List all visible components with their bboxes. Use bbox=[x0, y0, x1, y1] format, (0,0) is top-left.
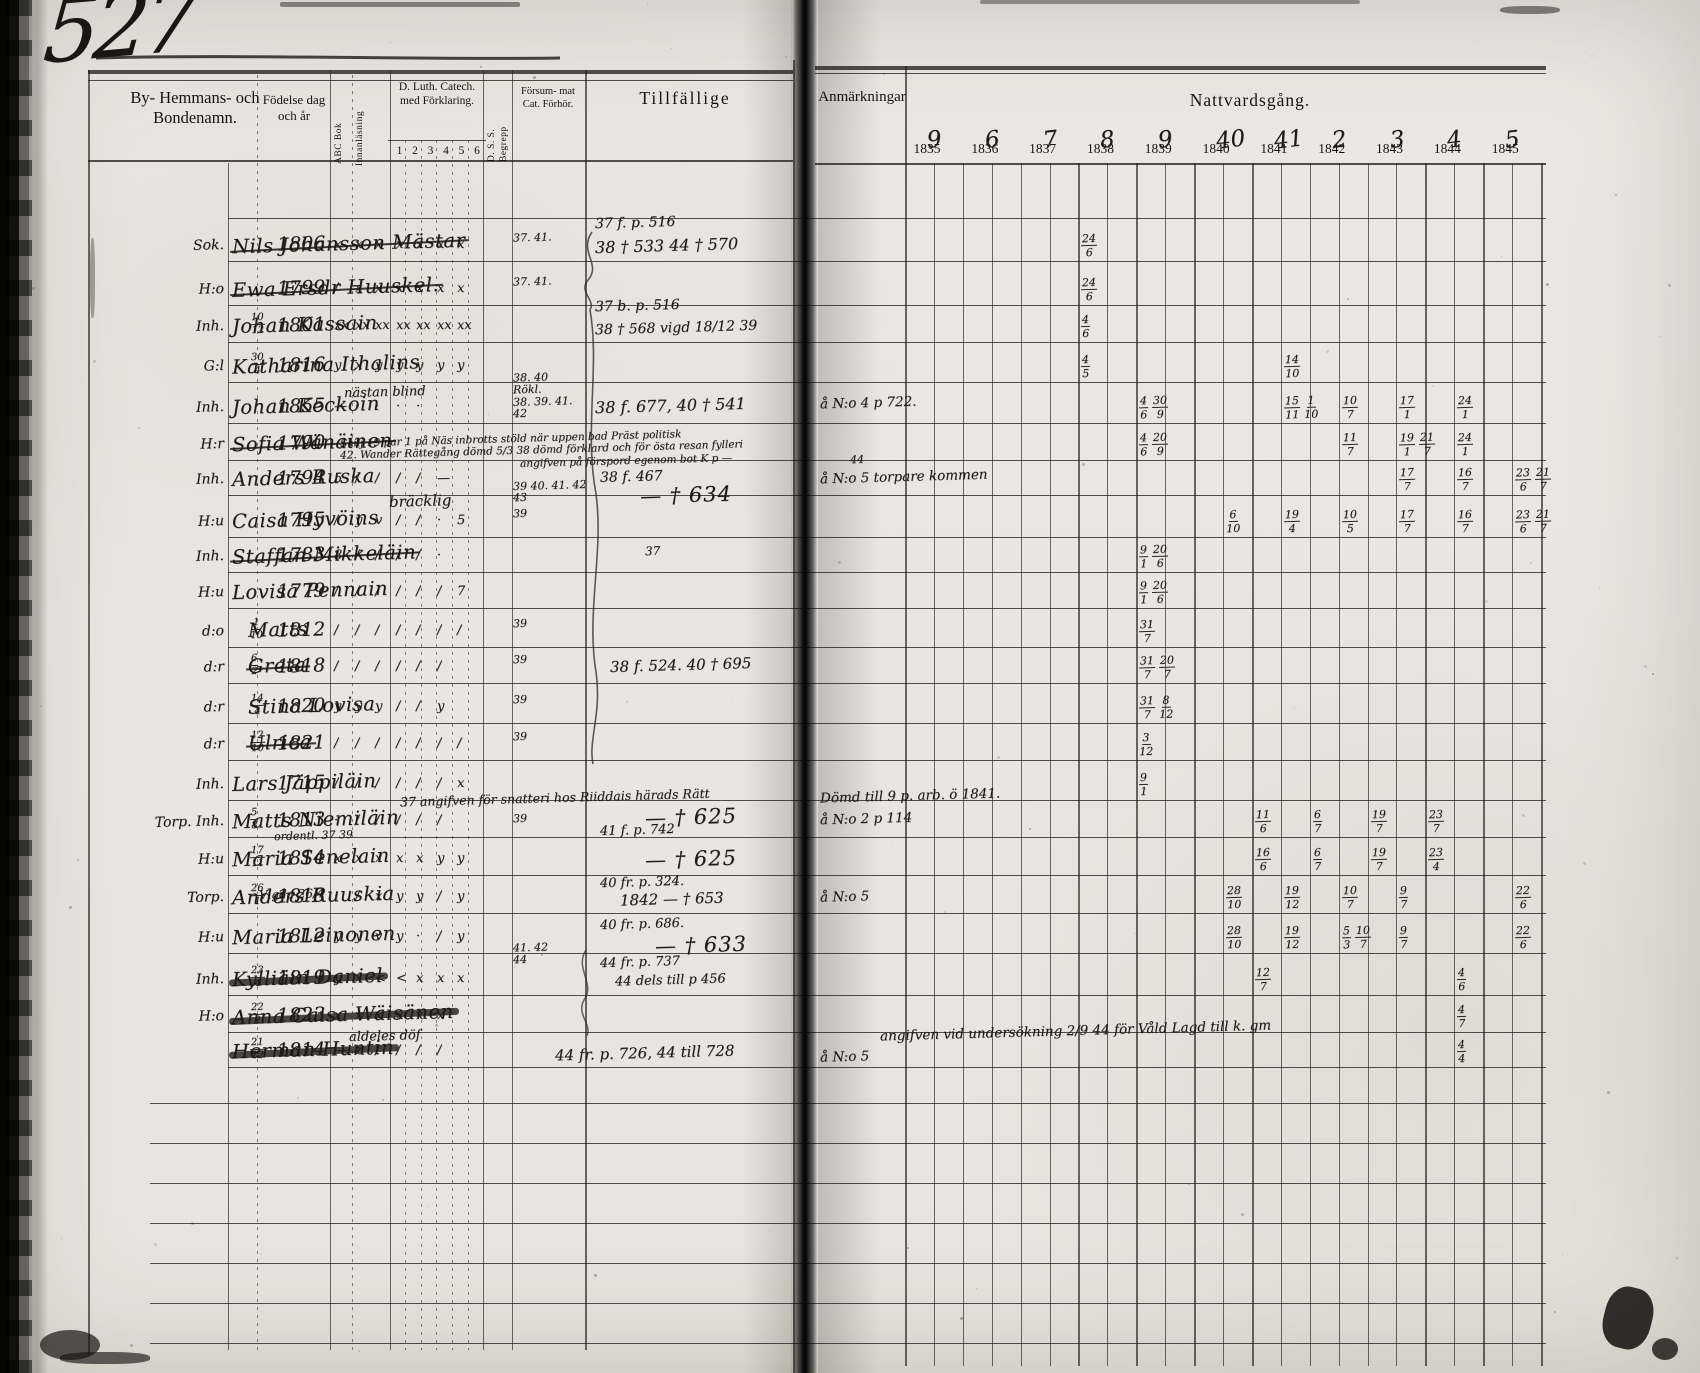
communion-entry: 177 bbox=[1399, 505, 1416, 534]
catechism-mark: · bbox=[334, 814, 339, 828]
row-birth-year: 1814 bbox=[277, 848, 326, 869]
row-prefix: H:u bbox=[150, 852, 224, 869]
catechism-mark: / bbox=[436, 660, 441, 674]
catechism-mark: / bbox=[354, 737, 359, 751]
noise-speck bbox=[1522, 814, 1525, 817]
occasional-note: 38 † 533 44 † 570 bbox=[595, 236, 739, 257]
catechism-mark: 8 bbox=[334, 549, 343, 563]
catechism-mark: / bbox=[416, 814, 421, 828]
catechism-mark: y bbox=[457, 930, 465, 944]
noise-speck bbox=[1485, 600, 1488, 603]
catechism-mark: / bbox=[334, 282, 339, 296]
communion-entry: 241 bbox=[1457, 391, 1474, 420]
scanned-parish-register-page: 527 By- Hemmans- och Bondenamn. Födelse … bbox=[0, 0, 1700, 1373]
noise-speck bbox=[1241, 1213, 1244, 1216]
communion-grid-line bbox=[1223, 163, 1224, 1366]
row-prefix: H:r bbox=[150, 437, 224, 454]
catechism-number: 6 bbox=[470, 144, 485, 158]
row-birth-year: 1806 bbox=[277, 234, 326, 255]
catechism-mark: / bbox=[375, 660, 380, 674]
catechism-mark: / bbox=[436, 777, 441, 791]
communion-entry: 197 bbox=[1370, 805, 1387, 834]
noise-speck bbox=[997, 756, 1000, 759]
noise-speck bbox=[154, 1243, 157, 1246]
year-label-handwritten: 9 bbox=[926, 127, 943, 153]
communion-entry: 117 bbox=[1341, 428, 1358, 457]
catechism-mark: / bbox=[354, 472, 359, 486]
occasional-note: 37 f. p. 516 bbox=[595, 215, 676, 232]
noise-speck bbox=[1538, 595, 1539, 596]
catechism-mark: x bbox=[354, 238, 362, 252]
catechism-mark: x bbox=[436, 1009, 444, 1023]
communion-grid-line bbox=[1483, 163, 1485, 1366]
header-dss-begrepp-column: Begrepp bbox=[499, 78, 509, 162]
communion-grid-line bbox=[1368, 163, 1370, 1366]
catechism-mark: / bbox=[436, 585, 441, 599]
noise-speck bbox=[77, 859, 79, 861]
communion-grid-line bbox=[1512, 163, 1513, 1366]
communion-entry: 241 bbox=[1457, 428, 1474, 457]
row-prefix: G:l bbox=[150, 359, 224, 376]
catechism-mark: y bbox=[436, 852, 444, 866]
communion-entry: 171 bbox=[1399, 391, 1416, 420]
catechism-mark: y bbox=[354, 930, 362, 944]
missed-exam-entry: 39 bbox=[513, 813, 527, 825]
communion-grid-line bbox=[1165, 163, 1166, 1366]
catechism-mark: / bbox=[395, 585, 400, 599]
catechism-mark: y bbox=[395, 930, 403, 944]
noise-speck bbox=[1591, 55, 1593, 57]
communion-grid-line bbox=[1107, 163, 1108, 1366]
catechism-mark: y bbox=[457, 890, 465, 904]
communion-grid-line bbox=[1454, 163, 1455, 1366]
row-birth-year: 1779 bbox=[277, 581, 326, 602]
catechism-mark: · bbox=[395, 400, 400, 414]
catechism-mark: x bbox=[354, 1009, 362, 1023]
ruled-line bbox=[228, 913, 1546, 914]
communion-entry: 91206 bbox=[1139, 540, 1169, 570]
catechism-mark: 7 bbox=[457, 585, 466, 599]
row-prefix: Inh. bbox=[150, 549, 224, 566]
column-line-dotted bbox=[452, 140, 453, 1350]
noise-speck bbox=[1029, 828, 1031, 830]
year-label-handwritten: 41 bbox=[1273, 126, 1305, 154]
noise-speck bbox=[93, 360, 96, 363]
remark-note: å N:o 5 bbox=[820, 889, 870, 905]
catechism-mark: x bbox=[375, 852, 383, 866]
communion-grid-line bbox=[1310, 163, 1312, 1366]
occasional-note: — † 625 bbox=[645, 805, 738, 830]
communion-grid-line bbox=[1194, 163, 1196, 1366]
communion-entry: 107 bbox=[1341, 881, 1358, 910]
ruled-line bbox=[228, 218, 1546, 219]
year-label-handwritten: 9 bbox=[1157, 127, 1174, 153]
column-line bbox=[512, 70, 513, 1350]
noise-speck bbox=[647, 4, 648, 5]
row-note-overlay: Vigda 26/4 bbox=[259, 887, 325, 901]
communion-entry: 44 bbox=[1457, 1035, 1467, 1064]
ruled-line bbox=[228, 305, 1546, 306]
remark-note: å N:o 5 bbox=[820, 1049, 870, 1065]
noise-speck bbox=[1501, 256, 1502, 257]
row-prefix: H:u bbox=[150, 585, 224, 602]
row-birth-year: 1795 bbox=[277, 510, 326, 531]
noise-speck bbox=[1530, 562, 1532, 564]
communion-entry: 67 bbox=[1312, 843, 1322, 872]
catechism-number: 3 bbox=[423, 144, 438, 158]
catechism-mark: y bbox=[334, 972, 342, 986]
row-prefix: Sok. bbox=[150, 238, 224, 255]
noise-speck bbox=[541, 954, 543, 956]
noise-speck bbox=[976, 1288, 977, 1289]
catechism-mark: z bbox=[354, 1044, 361, 1058]
occasional-note: 37 bbox=[645, 545, 661, 558]
scan-blot bbox=[280, 2, 520, 7]
page-number: 527 bbox=[40, 0, 199, 84]
communion-grid-line bbox=[1050, 163, 1051, 1366]
column-line bbox=[390, 70, 391, 1350]
ruled-line bbox=[150, 1303, 1546, 1304]
noise-speck bbox=[1432, 385, 1434, 387]
ruled-line bbox=[228, 423, 1546, 424]
catechism-mark: xx bbox=[395, 319, 410, 333]
header-birth-column: Födelse dag och år bbox=[259, 92, 329, 124]
communion-entry: 47 bbox=[1457, 1000, 1467, 1029]
communion-grid-line bbox=[1281, 163, 1282, 1366]
catechism-mark: x bbox=[354, 282, 362, 296]
ruled-line bbox=[815, 163, 1546, 165]
noise-speck bbox=[1668, 284, 1671, 287]
occasional-note: 37 b. p. 516 bbox=[595, 298, 680, 315]
row-prefix: Inh. bbox=[150, 972, 224, 989]
row-birth-year: 1812 bbox=[277, 926, 326, 947]
ruled-line bbox=[150, 1223, 1546, 1224]
communion-entry: 127 bbox=[1255, 963, 1272, 992]
communion-grid-line bbox=[1339, 163, 1340, 1366]
catechism-mark: / bbox=[354, 890, 359, 904]
noise-speck bbox=[594, 1274, 597, 1277]
ruled-line bbox=[228, 1067, 1546, 1068]
noise-speck bbox=[382, 1099, 384, 1101]
row-birth-date: 1210 bbox=[250, 725, 266, 754]
noise-speck bbox=[85, 467, 86, 468]
catechism-mark: xx bbox=[416, 319, 431, 333]
noise-speck bbox=[1477, 42, 1478, 43]
header-catechism-column: D. Luth. Catech. med Förklaring. bbox=[391, 80, 483, 108]
catechism-mark: y bbox=[457, 852, 465, 866]
communion-entry: 167 bbox=[1457, 505, 1474, 534]
year-label-handwritten: 3 bbox=[1388, 127, 1405, 153]
row-prefix: Inh. bbox=[150, 400, 224, 417]
catechism-mark: x bbox=[395, 1009, 403, 1023]
ruled-line bbox=[150, 1183, 1546, 1184]
catechism-mark: / bbox=[375, 814, 380, 828]
ruled-line bbox=[228, 608, 1546, 609]
catechism-mark: / bbox=[375, 549, 380, 563]
gutter-shadow-right bbox=[818, 0, 880, 1373]
catechism-mark: / bbox=[416, 777, 421, 791]
catechism-mark: y bbox=[416, 890, 424, 904]
catechism-mark: x bbox=[416, 238, 424, 252]
catechism-mark: · bbox=[334, 890, 339, 904]
catechism-mark: x bbox=[375, 890, 383, 904]
ruled-line bbox=[88, 70, 793, 74]
row-birth-date: 234 bbox=[250, 960, 266, 989]
row-birth-year: 1820 bbox=[277, 696, 326, 717]
ruled-line bbox=[228, 953, 1546, 954]
catechism-mark: / bbox=[395, 737, 400, 751]
missed-exam-entry: 42 bbox=[513, 408, 527, 420]
row-prefix: Inh. bbox=[150, 777, 224, 794]
communion-entry: 226 bbox=[1515, 881, 1532, 910]
communion-entry: 236217 bbox=[1515, 463, 1552, 493]
ruled-line bbox=[150, 1103, 1546, 1104]
noise-speck bbox=[1294, 708, 1295, 709]
noise-speck bbox=[358, 1350, 360, 1352]
header-occasional-column: Tillfällige bbox=[600, 88, 770, 109]
communion-entry: 53107 bbox=[1341, 921, 1371, 951]
communion-entry: 67 bbox=[1312, 805, 1322, 834]
communion-entry: 91 bbox=[1139, 768, 1149, 797]
noise-speck bbox=[785, 56, 787, 58]
column-line bbox=[585, 70, 587, 1350]
catechism-mark: — bbox=[436, 472, 449, 486]
remark-note: Dömd till 9 p. arb. ö 1841. bbox=[820, 786, 1001, 805]
catechism-mark: / bbox=[395, 700, 400, 714]
ruled-line bbox=[388, 140, 486, 141]
catechism-mark: · bbox=[416, 930, 421, 944]
row-prefix: Inh. bbox=[150, 472, 224, 489]
communion-entry: 317812 bbox=[1139, 691, 1174, 721]
catechism-mark: v bbox=[375, 930, 383, 944]
ruled-line bbox=[228, 995, 1546, 996]
catechism-mark: v bbox=[375, 514, 383, 528]
ruled-line bbox=[228, 647, 1546, 648]
catechism-mark: / bbox=[416, 472, 421, 486]
occasional-note: 1842 — † 653 bbox=[620, 891, 724, 910]
communion-entry: 116 bbox=[1255, 805, 1272, 834]
catechism-mark: / bbox=[395, 514, 400, 528]
row-prefix: Inh. bbox=[150, 319, 224, 336]
catechism-mark: / bbox=[436, 737, 441, 751]
missed-exam-entry: 39 bbox=[513, 694, 527, 706]
row-prefix: d:r bbox=[150, 737, 224, 754]
catechism-mark: xx bbox=[436, 319, 451, 333]
catechism-mark: / bbox=[375, 472, 380, 486]
row-birth-date: 1012 bbox=[250, 307, 266, 336]
communion-entry: 191217 bbox=[1399, 428, 1436, 458]
catechism-mark: x bbox=[354, 972, 362, 986]
catechism-mark: x bbox=[416, 282, 424, 296]
catechism-mark: x bbox=[395, 852, 403, 866]
noise-speck bbox=[1326, 350, 1329, 353]
communion-entry: 1912 bbox=[1283, 921, 1300, 950]
row-birth-year: 1783 bbox=[277, 545, 326, 566]
communion-entry: 46 bbox=[1081, 310, 1091, 339]
catechism-mark: / bbox=[416, 549, 421, 563]
remark-note: å N:o 4 p 722. bbox=[820, 395, 917, 412]
catechism-mark: / bbox=[334, 737, 339, 751]
communion-entry: 1410 bbox=[1283, 350, 1300, 379]
noise-speck bbox=[390, 42, 391, 43]
year-label-handwritten: 5 bbox=[1504, 127, 1521, 153]
scan-edge-left bbox=[0, 0, 48, 1373]
row-birth-year: 1812 bbox=[277, 620, 326, 641]
occasional-note: 40 fr. p. 686. bbox=[600, 917, 684, 933]
row-birth-year: 1814 bbox=[277, 1040, 326, 1061]
ruled-line bbox=[228, 760, 1546, 761]
row-birth-date: 1711 bbox=[250, 840, 266, 869]
scan-blot bbox=[980, 0, 1360, 4]
catechism-mark: x bbox=[436, 238, 444, 252]
occasional-note: 38 f. 524. 40 † 695 bbox=[610, 656, 752, 676]
noise-speck bbox=[626, 701, 628, 703]
missed-exam-entry: Rökl. bbox=[513, 384, 542, 396]
row-birth-year: 1855 bbox=[277, 396, 326, 417]
catechism-mark: 5 bbox=[334, 472, 343, 486]
year-label-handwritten: 40 bbox=[1215, 126, 1247, 154]
catechism-mark: y bbox=[395, 890, 403, 904]
noise-speck bbox=[1599, 588, 1600, 589]
catechism-mark: / bbox=[334, 514, 339, 528]
catechism-mark: x bbox=[457, 972, 465, 986]
row-birth-year: 1818 bbox=[277, 656, 326, 677]
communion-entry: 46 bbox=[1457, 963, 1467, 992]
year-label-handwritten: 4 bbox=[1446, 127, 1463, 153]
row-prefix: d:r bbox=[150, 660, 224, 677]
catechism-mark: / bbox=[416, 1044, 421, 1058]
communion-grid-line bbox=[992, 163, 993, 1366]
catechism-mark: / bbox=[436, 624, 441, 638]
year-label-handwritten: 6 bbox=[983, 127, 1000, 153]
noise-speck bbox=[260, 1253, 262, 1255]
catechism-mark: · bbox=[436, 514, 441, 528]
occasional-note: 44 fr. p. 726, 44 till 728 bbox=[555, 1043, 735, 1064]
catechism-mark: x bbox=[416, 852, 424, 866]
noise-speck bbox=[1554, 1311, 1556, 1313]
noise-speck bbox=[907, 1247, 909, 1249]
communion-grid-line bbox=[1252, 163, 1254, 1366]
catechism-mark: / bbox=[436, 890, 441, 904]
row-birth-year: 1821 bbox=[277, 733, 326, 754]
row-birth-date: 304 bbox=[250, 347, 266, 376]
communion-entry: 317207 bbox=[1139, 651, 1176, 681]
catechism-mark: — bbox=[334, 1044, 347, 1058]
catechism-mark: / bbox=[395, 1044, 400, 1058]
communion-entry: 317 bbox=[1139, 615, 1156, 644]
ruled-line bbox=[228, 572, 1546, 573]
catechism-mark: / bbox=[416, 585, 421, 599]
communion-entry: 246 bbox=[1081, 229, 1098, 258]
communion-entry: 45 bbox=[1081, 350, 1091, 379]
noise-speck bbox=[61, 1238, 62, 1239]
row-prefix: Torp. bbox=[150, 890, 224, 907]
catechism-mark: y bbox=[334, 700, 342, 714]
communion-entry: 97 bbox=[1399, 881, 1409, 910]
catechism-mark: x bbox=[457, 777, 465, 791]
communion-entry: 97 bbox=[1399, 921, 1409, 950]
catechism-mark: / bbox=[416, 624, 421, 638]
communion-entry: 197 bbox=[1370, 843, 1387, 872]
catechism-mark: / bbox=[416, 660, 421, 674]
year-label-handwritten: 8 bbox=[1099, 127, 1116, 153]
communion-grid-line bbox=[905, 66, 907, 1366]
ruled-line bbox=[228, 537, 1546, 538]
row-name: Nils Johansson Mästar bbox=[232, 231, 466, 258]
catechism-mark: x bbox=[354, 359, 362, 373]
catechism-mark: x bbox=[395, 238, 403, 252]
catechism-mark: / bbox=[457, 624, 462, 638]
catechism-mark: / bbox=[375, 624, 380, 638]
catechism-mark: / bbox=[375, 737, 380, 751]
catechism-mark: y bbox=[375, 359, 383, 373]
catechism-mark: / bbox=[436, 930, 441, 944]
missed-exam-entry: 37. 41. bbox=[513, 275, 552, 288]
catechism-mark: x bbox=[375, 282, 383, 296]
header-reading-column: Innanläsning bbox=[355, 74, 365, 166]
row-birth-year: 1715 bbox=[277, 773, 326, 794]
communion-grid-line bbox=[1396, 163, 1397, 1366]
row-birth-year: 1794 bbox=[277, 468, 326, 489]
row-note-overlay: aldeles döf bbox=[349, 1029, 421, 1045]
header-dss-column: D. S. S. bbox=[487, 78, 497, 162]
catechism-mark: y bbox=[436, 700, 444, 714]
communion-entry: 46309 bbox=[1139, 391, 1169, 421]
year-label-handwritten: 7 bbox=[1041, 127, 1058, 153]
catechism-mark: x bbox=[416, 1009, 424, 1023]
catechism-mark: xx bbox=[457, 319, 472, 333]
header-communion-column: Nattvardsgång. bbox=[1040, 90, 1460, 111]
catechism-mark: / bbox=[416, 737, 421, 751]
catechism-number: 5 bbox=[454, 144, 469, 158]
scan-blot bbox=[40, 1330, 100, 1360]
row-note-overlay: nästan blind bbox=[344, 385, 426, 401]
remark-note: 44 bbox=[850, 454, 864, 466]
communion-entry: 194 bbox=[1283, 505, 1300, 534]
catechism-mark: xx bbox=[354, 319, 369, 333]
column-line bbox=[483, 70, 484, 1350]
noise-speck bbox=[1615, 194, 1617, 196]
catechism-mark: x bbox=[457, 282, 465, 296]
communion-entry: 312 bbox=[1139, 728, 1154, 757]
noise-speck bbox=[1379, 1320, 1380, 1321]
missed-exam-entry: 39 bbox=[513, 618, 527, 630]
communion-entry: 46209 bbox=[1139, 428, 1169, 458]
row-note-overlay: ordentl. 37 39 bbox=[274, 829, 353, 843]
noise-speck bbox=[244, 742, 245, 743]
communion-grid-line bbox=[934, 163, 935, 1366]
communion-entry: 2810 bbox=[1226, 881, 1243, 910]
year-label-handwritten: 2 bbox=[1330, 127, 1347, 153]
row-birth-date: 110 bbox=[250, 612, 264, 641]
ruled-line bbox=[228, 261, 1546, 262]
catechism-mark: x bbox=[375, 238, 383, 252]
catechism-mark: / bbox=[354, 814, 359, 828]
row-birth-date: 62 bbox=[250, 648, 259, 677]
catechism-mark: / bbox=[375, 1044, 380, 1058]
missed-exam-entry: 39 bbox=[513, 654, 527, 666]
row-prefix: H:u bbox=[150, 930, 224, 947]
noise-speck bbox=[891, 846, 892, 847]
row-note-overlay: bräcklig bbox=[389, 493, 452, 510]
ink-flourish-overlay bbox=[0, 0, 1700, 1373]
catechism-mark: / bbox=[375, 777, 380, 791]
missed-exam-entry: 37. 41. bbox=[513, 231, 552, 244]
scan-blot bbox=[60, 1352, 150, 1364]
catechism-mark: / bbox=[395, 472, 400, 486]
catechism-mark: · bbox=[354, 400, 359, 414]
row-birth-date: 2112 bbox=[250, 1032, 266, 1061]
